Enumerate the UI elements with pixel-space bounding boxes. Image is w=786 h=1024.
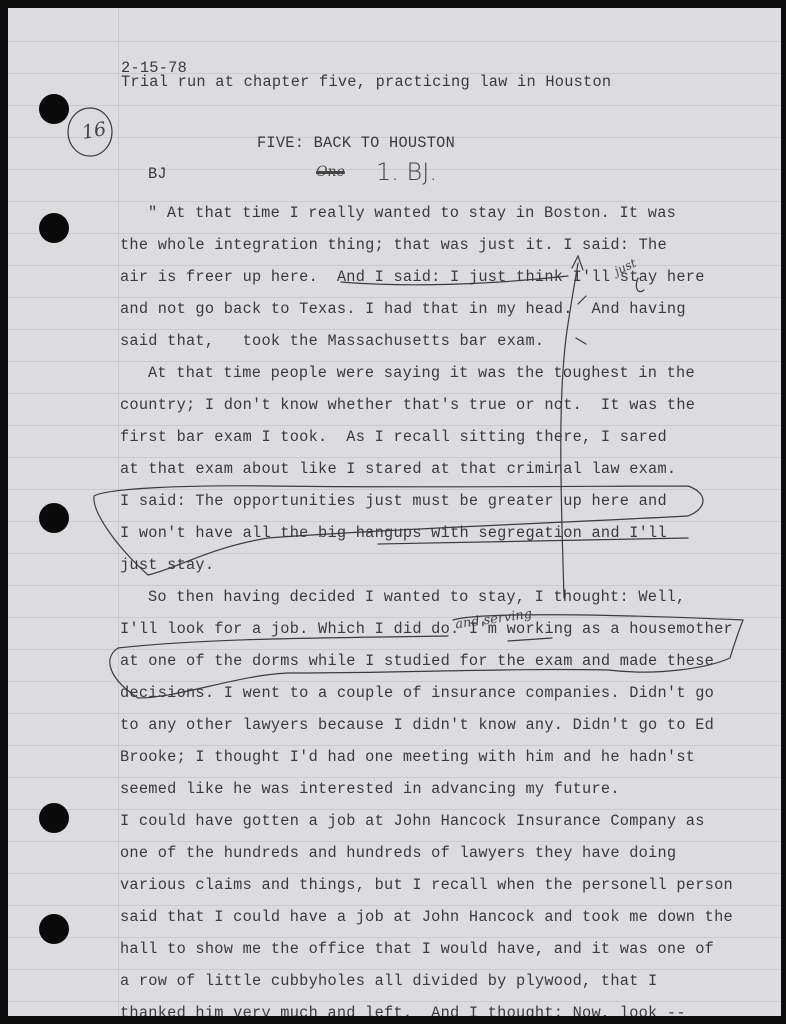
text-line: So then having decided I wanted to stay,… xyxy=(148,590,686,605)
text-line: I could have gotten a job at John Hancoc… xyxy=(120,814,705,829)
text-line: and not go back to Texas. I had that in … xyxy=(120,302,686,317)
binder-hole-icon xyxy=(39,94,69,124)
text-line: just stay. xyxy=(120,558,214,573)
binder-hole-icon xyxy=(39,503,69,533)
text-line: I'll look for a job. Which I did do. I'm… xyxy=(120,622,733,637)
text-line: the whole integration thing; that was ju… xyxy=(120,238,667,253)
text-line: I said: The opportunities just must be g… xyxy=(120,494,667,509)
document-page: 2-15-78 Trial run at chapter five, pract… xyxy=(8,8,781,1016)
text-line: " At that time I really wanted to stay i… xyxy=(148,206,676,221)
text-line: at that exam about like I stared at that… xyxy=(120,462,676,477)
text-line: At that time people were saying it was t… xyxy=(148,366,695,381)
binder-hole-icon xyxy=(39,213,69,243)
binder-hole-icon xyxy=(39,914,69,944)
text-line: said that, took the Massachusetts bar ex… xyxy=(120,334,544,349)
binder-hole-icon xyxy=(39,803,69,833)
text-line: various claims and things, but I recall … xyxy=(120,878,733,893)
text-line: Brooke; I thought I'd had one meeting wi… xyxy=(120,750,695,765)
text-line: hall to show me the office that I would … xyxy=(120,942,714,957)
text-line: seemed like he was interested in advanci… xyxy=(120,782,620,797)
handwritten-heading: 1. BJ. xyxy=(376,158,437,186)
text-line: first bar exam I took. As I recall sitti… xyxy=(120,430,667,445)
text-line: decisions. I went to a couple of insuran… xyxy=(120,686,714,701)
text-line: a row of little cubbyholes all divided b… xyxy=(120,974,658,989)
document-subtitle: Trial run at chapter five, practicing la… xyxy=(121,75,611,90)
text-line: said that I could have a job at John Han… xyxy=(120,910,733,925)
text-line: I won't have all the big hangups with se… xyxy=(120,526,667,541)
text-line: at one of the dorms while I studied for … xyxy=(120,654,714,669)
text-line: one of the hundreds and hundreds of lawy… xyxy=(120,846,676,861)
struck-heading-word: One xyxy=(316,164,345,180)
speaker-label: BJ xyxy=(148,167,167,182)
text-line: to any other lawyers because I didn't kn… xyxy=(120,718,714,733)
text-line: country; I don't know whether that's tru… xyxy=(120,398,695,413)
page-number: 16 xyxy=(80,118,108,144)
text-line: thanked him very much and left. And I th… xyxy=(120,1006,686,1016)
chapter-heading: FIVE: BACK TO HOUSTON xyxy=(257,136,455,151)
margin-line xyxy=(118,8,119,1016)
